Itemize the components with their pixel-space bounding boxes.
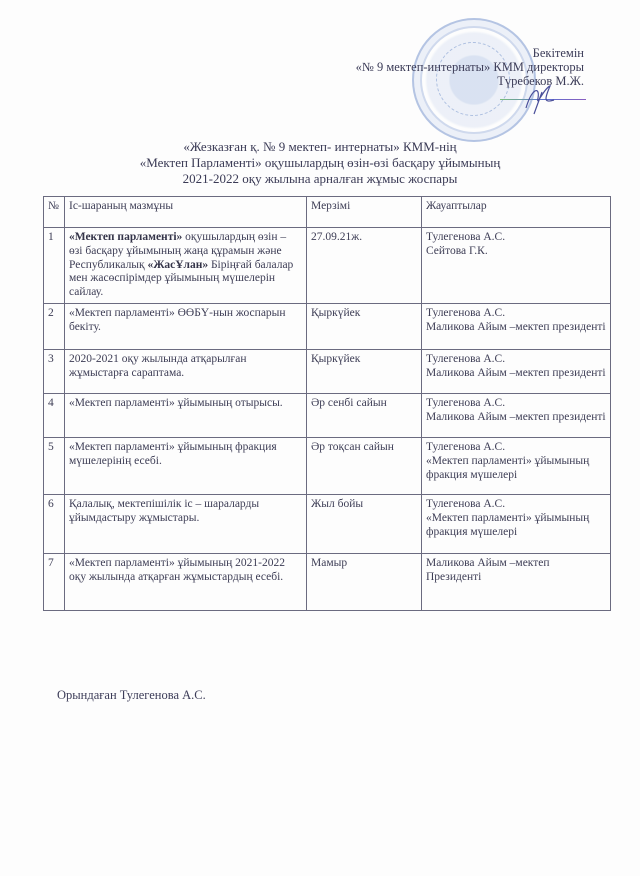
table-row: 5 «Мектеп парламенті» ұйымының фракция м… xyxy=(44,438,611,495)
responsible-person: Маликова Айым –мектеп президенті xyxy=(426,321,606,335)
content-bold: «Мектеп парламенті» xyxy=(69,231,182,243)
row-number: 1 xyxy=(44,228,65,304)
row-date: Қыркүйек xyxy=(307,350,422,394)
responsible-person: Тулегенова А.С. xyxy=(426,397,606,411)
row-number: 5 xyxy=(44,438,65,495)
row-date: Қыркүйек xyxy=(307,304,422,350)
row-date: Әр сенбі сайын xyxy=(307,394,422,438)
responsible-person: Тулегенова А.С. xyxy=(426,441,606,455)
header-content: Іс-шараның мазмұны xyxy=(65,197,307,228)
signature-icon xyxy=(520,78,560,118)
row-content: «Мектеп парламенті» ұйымының 2021-2022 о… xyxy=(65,554,307,611)
row-content: «Мектеп парламенті» ӨӨБҮ-нын жоспарын бе… xyxy=(65,304,307,350)
row-number: 6 xyxy=(44,495,65,554)
work-plan-table: № Іс-шараның мазмұны Мерзімі Жауаптылар … xyxy=(43,196,611,611)
header-date: Мерзімі xyxy=(307,197,422,228)
responsible-person: Тулегенова А.С. xyxy=(426,353,606,367)
row-date: 27.09.21ж. xyxy=(307,228,422,304)
title-line-1: «Жезказған қ. № 9 мектеп- интернаты» КММ… xyxy=(0,139,640,155)
responsible-person: Сейтова Г.К. xyxy=(426,245,606,259)
responsible-person: Маликова Айым –мектеп Президенті xyxy=(426,557,606,585)
row-number: 3 xyxy=(44,350,65,394)
responsible-person: Тулегенова А.С. xyxy=(426,231,606,245)
row-content: 2020-2021 оқу жылында атқарылған жұмыста… xyxy=(65,350,307,394)
row-date: Мамыр xyxy=(307,554,422,611)
row-responsible: Тулегенова А.С.Сейтова Г.К. xyxy=(422,228,611,304)
row-date: Жыл бойы xyxy=(307,495,422,554)
table-header-row: № Іс-шараның мазмұны Мерзімі Жауаптылар xyxy=(44,197,611,228)
table-row: 1 «Мектеп парламенті» оқушылардың өзін –… xyxy=(44,228,611,304)
executor-signature-text: Орындаған Тулегенова А.С. xyxy=(57,688,206,703)
responsible-person: Тулегенова А.С. xyxy=(426,307,606,321)
table-row: 3 2020-2021 оқу жылында атқарылған жұмыс… xyxy=(44,350,611,394)
row-responsible: Маликова Айым –мектеп Президенті xyxy=(422,554,611,611)
row-number: 4 xyxy=(44,394,65,438)
row-responsible: Тулегенова А.С.Маликова Айым –мектеп пре… xyxy=(422,350,611,394)
table-row: 6 Қалалық, мектепішілік іс – шараларды ұ… xyxy=(44,495,611,554)
row-content: Қалалық, мектепішілік іс – шараларды ұйы… xyxy=(65,495,307,554)
row-responsible: Тулегенова А.С.«Мектеп парламенті» ұйымы… xyxy=(422,495,611,554)
row-content: «Мектеп парламенті» ұйымының отырысы. xyxy=(65,394,307,438)
row-date: Әр тоқсан сайын xyxy=(307,438,422,495)
row-number: 7 xyxy=(44,554,65,611)
row-responsible: Тулегенова А.С.«Мектеп парламенті» ұйымы… xyxy=(422,438,611,495)
responsible-person: «Мектеп парламенті» ұйымының фракция мүш… xyxy=(426,512,606,540)
document-title: «Жезказған қ. № 9 мектеп- интернаты» КММ… xyxy=(0,139,640,187)
approval-line-1: Бекітемін xyxy=(356,46,584,60)
title-line-2: «Мектеп Парламенті» оқушылардың өзін-өзі… xyxy=(0,155,640,171)
header-number: № xyxy=(44,197,65,228)
row-responsible: Тулегенова А.С.Маликова Айым –мектеп пре… xyxy=(422,394,611,438)
table-row: 4 «Мектеп парламенті» ұйымының отырысы. … xyxy=(44,394,611,438)
title-line-3: 2021-2022 оқу жылына арналған жұмыс жосп… xyxy=(0,171,640,187)
responsible-person: Маликова Айым –мектеп президенті xyxy=(426,367,606,381)
header-responsible: Жауаптылар xyxy=(422,197,611,228)
row-content: «Мектеп парламенті» ұйымының фракция мүш… xyxy=(65,438,307,495)
row-content: «Мектеп парламенті» оқушылардың өзін – ө… xyxy=(65,228,307,304)
row-responsible: Тулегенова А.С.Маликова Айым –мектеп пре… xyxy=(422,304,611,350)
approval-line-2: «№ 9 мектеп-интернаты» КММ директоры xyxy=(356,60,584,74)
responsible-person: «Мектеп парламенті» ұйымының фракция мүш… xyxy=(426,455,606,483)
table-row: 7 «Мектеп парламенті» ұйымының 2021-2022… xyxy=(44,554,611,611)
responsible-person: Тулегенова А.С. xyxy=(426,498,606,512)
table-row: 2 «Мектеп парламенті» ӨӨБҮ-нын жоспарын … xyxy=(44,304,611,350)
responsible-person: Маликова Айым –мектеп президенті xyxy=(426,411,606,425)
content-bold: «ЖасҰлан» xyxy=(148,259,209,271)
row-number: 2 xyxy=(44,304,65,350)
